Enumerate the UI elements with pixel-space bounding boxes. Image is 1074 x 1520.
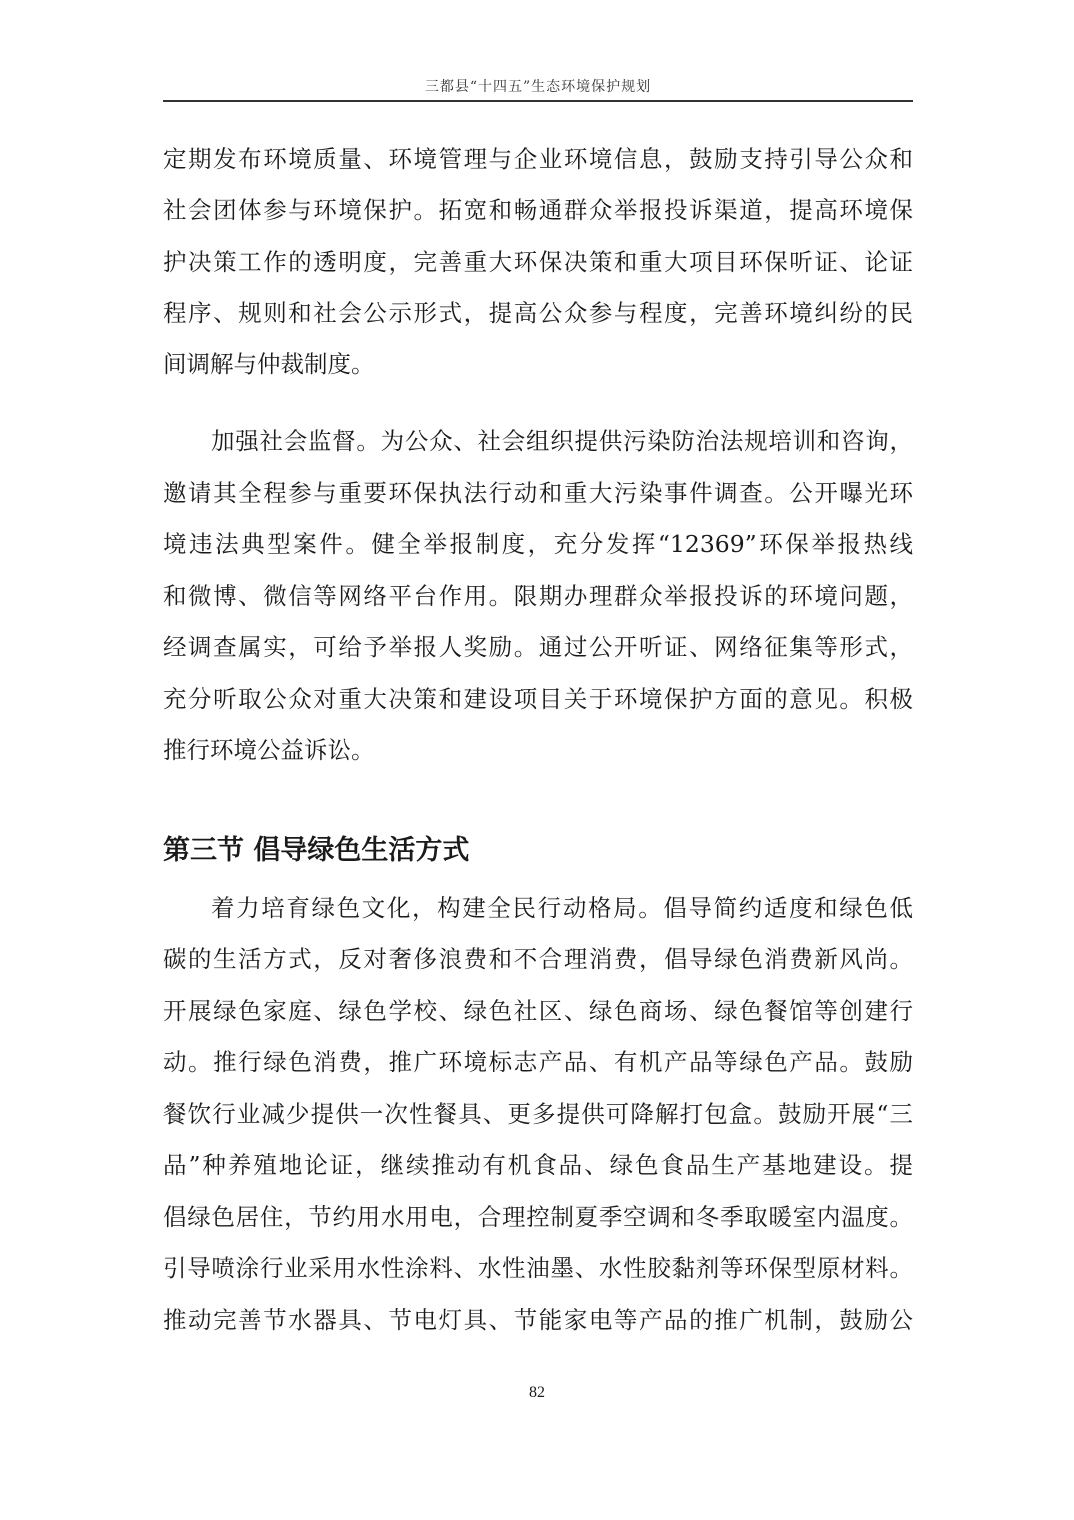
paragraph-line: 餐饮行业减少提供一次性餐具、更多提供可降解打包盒。鼓励开展“三 [163, 1099, 913, 1129]
section-heading: 第三节 倡导绿色生活方式 [163, 828, 469, 867]
paragraph-line: 推动完善节水器具、节电灯具、节能家电等产品的推广机制，鼓励公 [163, 1305, 913, 1335]
paragraph-line: 碳的生活方式，反对奢侈浪费和不合理消费，倡导绿色消费新风尚。 [163, 944, 913, 974]
paragraph-line: 程序、规则和社会公示形式，提高公众参与程度，完善环境纠纷的民 [163, 298, 913, 328]
paragraph-line: 社会团体参与环境保护。拓宽和畅通群众举报投诉渠道，提高环境保 [163, 195, 913, 225]
paragraph-line: 定期发布环境质量、环境管理与企业环境信息，鼓励支持引导公众和 [163, 144, 913, 174]
paragraph-line: 间调解与仲裁制度。 [163, 349, 913, 379]
paragraph-line: 着力培育绿色文化，构建全民行动格局。倡导简约适度和绿色低 [163, 893, 913, 923]
paragraph-line: 经调查属实，可给予举报人奖励。通过公开听证、网络征集等形式， [163, 632, 913, 662]
paragraph-line: 充分听取公众对重大决策和建设项目关于环境保护方面的意见。积极 [163, 684, 913, 714]
paragraph-line: 加强社会监督。为公众、社会组织提供污染防治法规培训和咨询， [163, 426, 913, 456]
page-number: 82 [0, 1384, 1074, 1402]
paragraph-line: 引导喷涂行业采用水性涂料、水性油墨、水性胶黏剂等环保型原材料。 [163, 1253, 913, 1283]
paragraph-line: 和微博、微信等网络平台作用。限期办理群众举报投诉的环境问题， [163, 581, 913, 611]
paragraph-line: 推行环境公益诉讼。 [163, 735, 913, 765]
paragraph-line: 倡绿色居住，节约用水用电，合理控制夏季空调和冬季取暖室内温度。 [163, 1202, 913, 1232]
running-header: 三都县“十四五”生态环境保护规划 [163, 76, 913, 96]
paragraph-line: 护决策工作的透明度，完善重大环保决策和重大项目环保听证、论证 [163, 247, 913, 277]
paragraph-line: 境违法典型案件。健全举报制度，充分发挥“12369”环保举报热线 [163, 529, 913, 559]
paragraph-line: 动。推行绿色消费，推广环境标志产品、有机产品等绿色产品。鼓励 [163, 1047, 913, 1077]
header-divider [163, 100, 913, 102]
paragraph-line: 开展绿色家庭、绿色学校、绿色社区、绿色商场、绿色餐馆等创建行 [163, 996, 913, 1026]
paragraph-line: 邀请其全程参与重要环保执法行动和重大污染事件调查。公开曝光环 [163, 478, 913, 508]
paragraph-line: 品”种养殖地论证，继续推动有机食品、绿色食品生产基地建设。提 [163, 1150, 913, 1180]
